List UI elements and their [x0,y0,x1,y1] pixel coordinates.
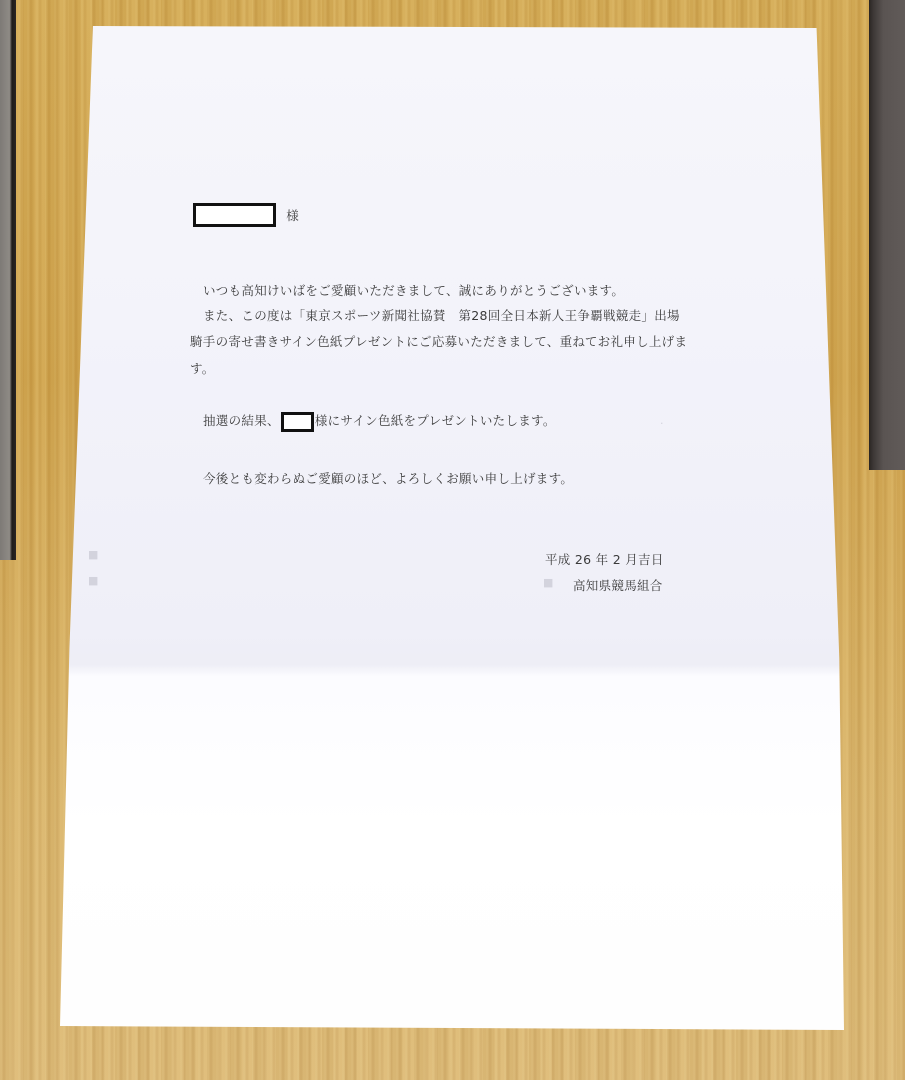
closing-paragraph: 今後とも変わらぬご愛顧のほど、よろしくお願い申し上げます。 [203,469,573,487]
greeting-paragraph: いつも高知けいばをご愛顧いただきまして、誠にありがとうございます。 [203,281,624,299]
body-paragraph-line-1: また、この度は「東京スポーツ新聞社協賛 第28回全日本新人王争覇戦競走」出場 [203,306,680,324]
result-paragraph: 抽選の結果、様にサイン色紙をプレゼントいたします。 [203,411,556,432]
body-paragraph-line-2: 騎手の寄せ書きサイン色紙プレゼントにご応募いただきまして、重ねてお礼申し上げま [190,332,687,350]
letter-content: 様 いつも高知けいばをご愛顧いただきまして、誠にありがとうございます。 また、こ… [0,0,905,1080]
recipient-line: 様 [193,203,299,227]
recipient-honorific: 様 [286,208,299,223]
result-text-before: 抽選の結果、 [203,413,280,428]
show-through-mark: ■ [543,576,554,589]
show-through-mark: · [660,417,664,430]
winner-name-redaction [281,412,314,432]
show-through-mark: ■ [88,548,99,561]
body-paragraph-line-3: す。 [190,359,215,377]
recipient-name-redaction [193,203,276,227]
letter-sender: 高知県競馬組合 [573,576,663,594]
letter-date: 平成 26 年 2 月吉日 [545,550,664,568]
show-through-mark: ■ [88,574,99,587]
result-text-after: 様にサイン色紙をプレゼントいたします。 [315,413,556,428]
